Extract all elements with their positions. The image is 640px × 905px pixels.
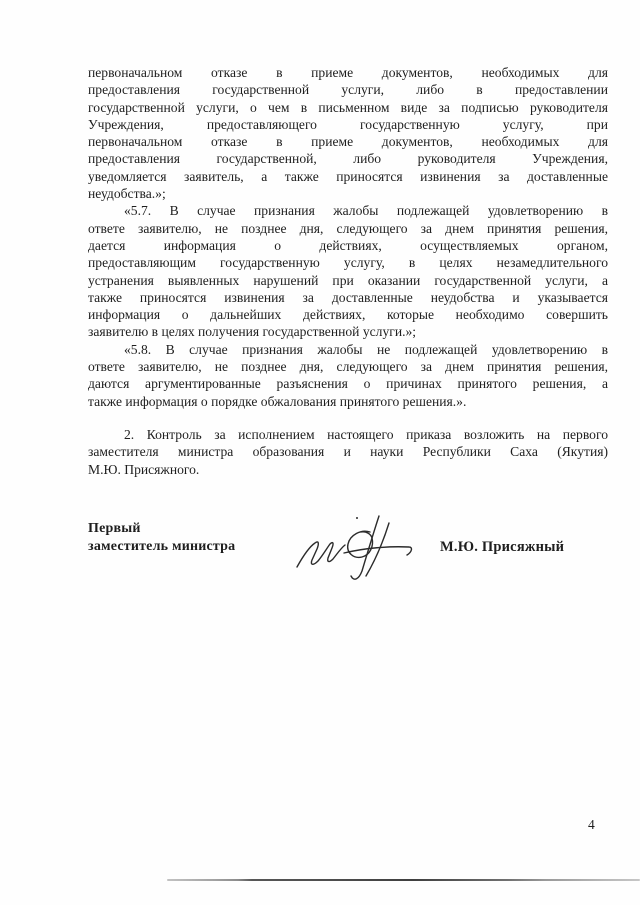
document-body: первоначальном отказе в приеме документо… (88, 64, 608, 478)
scan-artifact-line (167, 879, 640, 881)
handwritten-signature-icon (293, 503, 428, 588)
paragraph-5-7: «5.7. В случае признания жалобы подлежащ… (88, 202, 608, 340)
text-line: предоставляющим государственную услугу, … (88, 254, 608, 271)
text-line: предоставления государственной услуги, л… (88, 81, 608, 98)
text-line: устранения выявленных нарушений при оказ… (88, 272, 608, 289)
signer-title: Первый заместитель министра (88, 520, 235, 555)
text-line: М.Ю. Присяжного. (88, 461, 608, 478)
signer-title-line1: Первый (88, 520, 235, 538)
page-number: 4 (588, 817, 595, 833)
text-line: ответе заявителю, не позднее дня, следую… (88, 220, 608, 237)
text-line: государственной услуги, о чем в письменн… (88, 99, 608, 116)
text-line: также приносятся извинения за доставленн… (88, 289, 608, 306)
text-line: информация о дальнейших действиях, котор… (88, 306, 608, 323)
text-line: «5.8. В случае признания жалобы не подле… (88, 341, 608, 358)
text-line: «5.7. В случае признания жалобы подлежащ… (88, 202, 608, 219)
document-page: первоначальном отказе в приеме документо… (0, 0, 640, 905)
text-line: ответе заявителю, не позднее дня, следую… (88, 358, 608, 375)
text-line: неудобства.»; (88, 185, 608, 202)
text-line: первоначальном отказе в приеме документо… (88, 133, 608, 150)
text-line: Учреждения, предоставляющего государстве… (88, 116, 608, 133)
text-line: заявителю в целях получения государствен… (88, 323, 608, 340)
signer-title-line2: заместитель министра (88, 538, 235, 556)
text-line: также информация о порядке обжалования п… (88, 393, 608, 410)
text-line: дается информация о действиях, осуществл… (88, 237, 608, 254)
signer-name: М.Ю. Присяжный (440, 539, 564, 556)
paragraph-control-clause: 2. Контроль за исполнением настоящего пр… (88, 426, 608, 478)
text-line: даются аргументированные разъяснения о п… (88, 375, 608, 392)
text-line: первоначальном отказе в приеме документо… (88, 64, 608, 81)
text-line: заместителя министра образования и науки… (88, 443, 608, 460)
text-line: уведомляется заявитель, а также приносят… (88, 168, 608, 185)
text-line: предоставления государственной, либо рук… (88, 150, 608, 167)
paragraph-5-8: «5.8. В случае признания жалобы не подле… (88, 341, 608, 410)
text-line: 2. Контроль за исполнением настоящего пр… (88, 426, 608, 443)
paragraph-continuation: первоначальном отказе в приеме документо… (88, 64, 608, 202)
